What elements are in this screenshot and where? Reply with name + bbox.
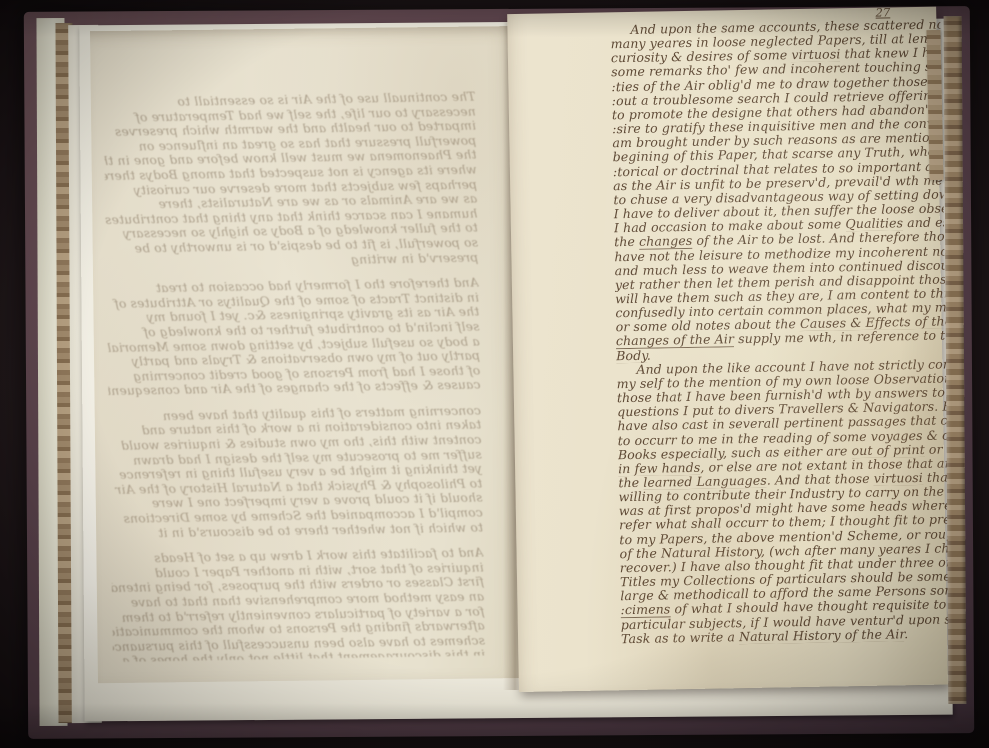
bleed-through-line: necessary to our life, the self we had T…: [104, 104, 476, 125]
right-page: 27 And upon the same accounts, these sca…: [507, 7, 948, 692]
bleed-through-line: afterwards finding the Persons to whom t…: [113, 619, 485, 640]
bleed-through-line: yet thinking it might be a very usefull …: [110, 462, 482, 483]
ink-bleed-through-text: The continuall use of the Air is so esse…: [103, 90, 485, 662]
text-segment: and especially: [903, 216, 944, 231]
bleed-through-line: suffer me to prosecute my self the desig…: [110, 447, 482, 468]
bleed-through-line: of those I had from Persons of good cred…: [108, 363, 480, 384]
bleed-through-line: in distinct Tracts of some of the Qualit…: [107, 290, 479, 311]
bleed-through-line: partly out of my own observations & Trya…: [108, 349, 480, 370]
bleed-through-line: humane I can scarce think that any thing…: [105, 206, 477, 227]
bleed-through-line: And to facilitate this work I drew up a …: [111, 546, 483, 567]
bleed-through-line: inquiries of that sort, with in another …: [112, 560, 484, 581]
bleed-through-paragraph: The continuall use of the Air is so esse…: [103, 90, 478, 272]
left-page: The continuall use of the Air is so esse…: [90, 26, 528, 683]
text-segment: or are but: [925, 442, 948, 456]
bleed-through-line: compil'd I accompanied the Scheme by som…: [111, 506, 483, 527]
text-segment: that are —: [923, 470, 949, 484]
bleed-through-line: content with this, tho my own studies & …: [109, 433, 481, 454]
bleed-through-line: a body so usefull subject, by setting do…: [108, 334, 480, 355]
bleed-through-line: causes & effects of the changes of the A…: [108, 378, 480, 399]
underlined-phrase: Natural History of the Air: [739, 626, 904, 645]
underlined-phrase: changes: [639, 233, 693, 250]
bleed-through-line: And therefore tho I formerly had occasio…: [107, 276, 479, 297]
underlined-phrase: :cimens: [620, 602, 670, 618]
bleed-through-line: an easy method more comprehensive than t…: [112, 590, 484, 611]
bleed-through-paragraph: concerning matters of this quality that …: [109, 403, 483, 541]
text-segment: .: [647, 347, 651, 362]
bleed-through-line: as we are Animals or as we are Naturalis…: [105, 192, 477, 213]
bleed-through-line: preserv'd in writing: [106, 250, 478, 271]
bleed-through-line: to which if not whether there to be disc…: [111, 520, 483, 541]
bleed-through-line: should if it could prove a very imperfec…: [110, 491, 482, 512]
bleed-through-line: where its agency is not suspected that a…: [105, 163, 477, 184]
bleed-through-line: taken into consideration in a work of th…: [109, 418, 481, 439]
bleed-through-line: to the fuller knowledg of a Body so high…: [106, 221, 478, 242]
bleed-through-line: powerfull pressure that has so great an …: [104, 133, 476, 154]
bleed-through-line: so powerfull, is fit to be despis'd or i…: [106, 235, 478, 256]
text-segment: the: [618, 475, 643, 490]
bleed-through-line: the Phaenomena we must well know before …: [104, 148, 476, 169]
bleed-through-line: schemes to have also been unsuccessfull …: [113, 633, 485, 654]
bleed-through-line: the Air as its gravity springiness &c. y…: [107, 305, 479, 326]
underlined-phrase: changes of the Air: [616, 332, 734, 349]
bleed-through-paragraph: And to facilitate this work I drew up a …: [111, 546, 485, 662]
bleed-through-line: perhaps few subjects that more deserve o…: [105, 177, 477, 198]
bleed-through-line: self inclin'd to contribute further to t…: [107, 319, 479, 340]
bleed-through-line: concerning matters of this quality that …: [109, 403, 481, 424]
manuscript-photograph: The continuall use of the Air is so esse…: [0, 0, 989, 748]
underlined-phrase: Body: [616, 347, 647, 363]
underlined-phrase: in few hands: [618, 460, 700, 477]
bleed-through-line: for a variety of particulars convenientl…: [112, 604, 484, 625]
text-segment: .: [904, 626, 908, 641]
bleed-through-line: to Philosophy & Physick that a Natural H…: [110, 476, 482, 497]
bleed-through-line: imparted to our health and the warmth wh…: [104, 119, 476, 140]
manuscript-text: And upon the same accounts, these scatte…: [610, 18, 951, 647]
text-segment: Task as to write a: [621, 629, 739, 646]
bleed-through-line: first Classes or orders with the purpose…: [112, 575, 484, 596]
text-segment: the: [614, 234, 639, 249]
bleed-through-line: in this discouragement that little not o…: [113, 648, 485, 662]
bleed-through-line: The continuall use of the Air is so esse…: [103, 90, 475, 111]
bleed-through-paragraph: And therefore tho I formerly had occasio…: [107, 276, 481, 399]
text-segment: . And that those: [767, 471, 874, 488]
